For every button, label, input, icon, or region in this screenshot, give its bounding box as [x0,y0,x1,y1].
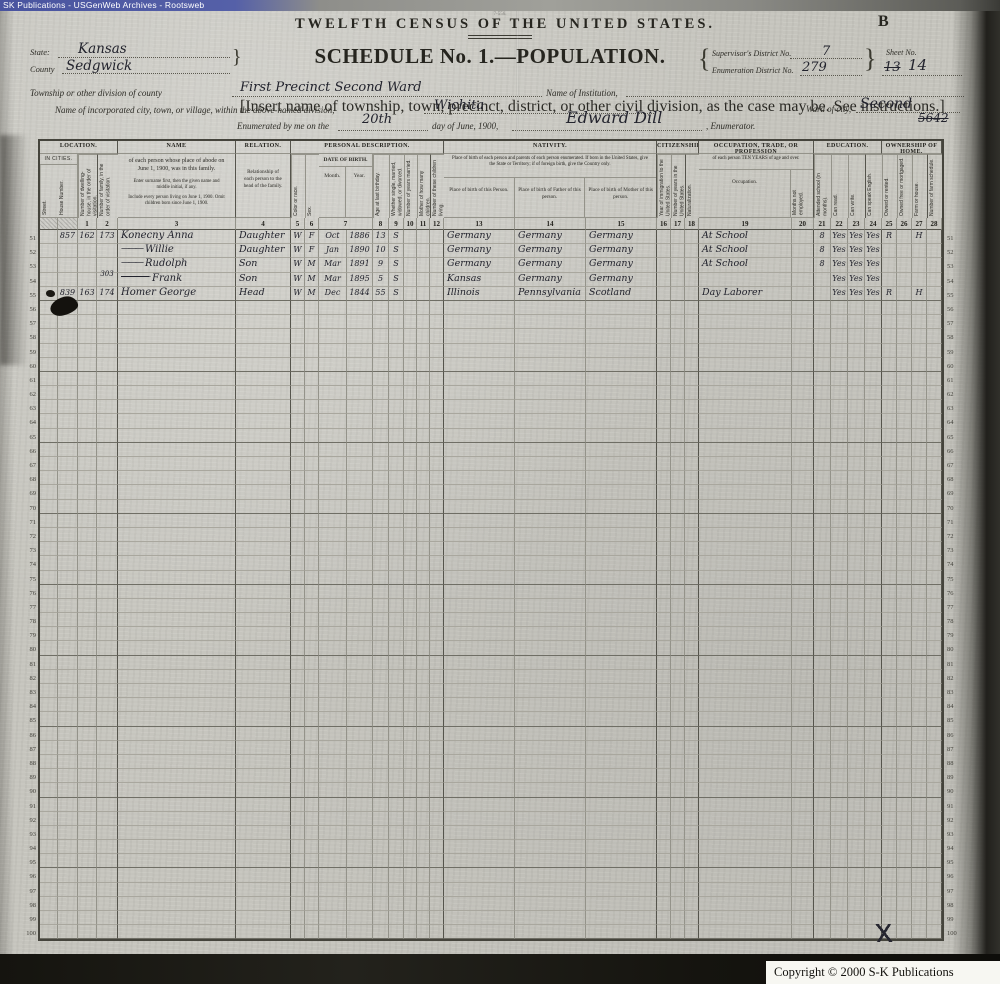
row-53-cell-color: W [291,258,305,272]
row-87-cell-yrs_married [404,741,417,755]
row-92-cell-farm_no [927,812,942,826]
row-99-cell-pob_father [515,911,586,925]
dob-title: DATE OF BIRTH. [319,154,372,167]
row-75-cell-family [97,571,118,585]
row-60-cell-pob_mother [586,358,657,372]
row-73-cell-english [865,542,882,556]
row-63-cell-age [373,400,389,414]
row-68-cell-pob_father [515,471,586,485]
row-90-cell-farm_no [927,783,942,797]
column-number-street [40,218,58,230]
row-58-cell-pob_mother [586,329,657,343]
row-82-cell-naturalization [685,670,699,684]
row-84-cell-english [865,698,882,712]
row-75-cell-mortgage [897,571,912,585]
row-58-cell-farm_house [912,329,927,343]
row-66-cell-english [865,443,882,457]
row-83-cell-mortgage [897,684,912,698]
row-98-cell-school [814,897,831,911]
row-93-cell-months_unemployed [792,826,814,840]
column-header-school: Attended school (in months). [814,154,831,218]
district-brace-open: { [698,44,710,74]
row-98-cell-read [831,897,848,911]
row-61-cell-yrs_us [671,372,685,386]
row-53-cell-dwelling [78,258,97,272]
row-88-cell-mother_children [417,755,430,769]
row-79-cell-street [40,627,58,641]
row-100-cell-mortgage [897,925,912,939]
row-70-cell-imm_year [657,500,671,514]
row-78-cell-mother_children [417,613,430,627]
enumerated-label: Enumerated by me on the [237,121,329,131]
row-57-cell-family [97,315,118,329]
row-53-cell-imm_year [657,258,671,272]
row-89-cell-owned [882,769,897,783]
row-68-cell-month [319,471,347,485]
row-97-cell-house [58,883,78,897]
row-95-cell-naturalization [685,854,699,868]
row-70-cell-pob_mother [586,500,657,514]
row-98-cell-name [118,897,236,911]
row-number-right: 80 [947,643,963,657]
row-69-cell-school [814,485,831,499]
row-86-cell-pob_mother [586,727,657,741]
row-93-cell-name [118,826,236,840]
row-85-cell-mother_children [417,712,430,726]
row-79-cell-pob_father [515,627,586,641]
row-78-cell-dwelling [78,613,97,627]
row-92-cell-farm_house [912,812,927,826]
row-81-cell-relation [236,656,291,670]
row-91-cell-house [58,798,78,812]
row-52-cell-year: 1890 [347,244,373,258]
row-86-cell-sex [305,727,319,741]
row-93-cell-owned [882,826,897,840]
row-94-cell-pob [444,840,515,854]
row-number-right: 82 [947,672,963,686]
row-83-cell-marital [389,684,404,698]
row-66-cell-year [347,443,373,457]
row-64-cell-age [373,414,389,428]
row-70-cell-children_living [430,500,444,514]
row-93-cell-sex [305,826,319,840]
row-100-cell-house [58,925,78,939]
row-74-cell-occupation [699,556,792,570]
row-99-cell-street [40,911,58,925]
row-92-cell-name [118,812,236,826]
row-100-cell-yrs_married [404,925,417,939]
row-97-cell-yrs_married [404,883,417,897]
row-86-cell-relation [236,727,291,741]
row-number-right: 99 [947,913,963,927]
row-96-cell-yrs_us [671,868,685,882]
row-77-cell-house [58,599,78,613]
row-60-cell-sex [305,358,319,372]
row-54-cell-mother_children [417,273,430,287]
row-82-cell-mother_children [417,670,430,684]
row-81-cell-pob_father [515,656,586,670]
row-number-left: 73 [20,544,36,558]
row-69-cell-imm_year [657,485,671,499]
row-80-cell-relation [236,641,291,655]
row-98-cell-yrs_us [671,897,685,911]
row-71-cell-farm_house [912,514,927,528]
row-number-right: 86 [947,729,963,743]
row-72-cell-house [58,528,78,542]
row-92-cell-occupation [699,812,792,826]
row-56-cell-children_living [430,301,444,315]
row-62-cell-owned [882,386,897,400]
row-85-cell-imm_year [657,712,671,726]
column-header-imm_year: Year of immigration to the United States… [657,154,671,218]
row-94-cell-year [347,840,373,854]
row-97-cell-color [291,883,305,897]
row-67-cell-owned [882,457,897,471]
row-58-cell-street [40,329,58,343]
row-93-cell-pob [444,826,515,840]
row-84-cell-sex [305,698,319,712]
row-87-cell-children_living [430,741,444,755]
column-number-age: 8 [373,218,389,230]
row-95-cell-age [373,854,389,868]
row-84-cell-relation [236,698,291,712]
row-number-left: 70 [20,502,36,516]
row-98-cell-imm_year [657,897,671,911]
row-73-cell-street [40,542,58,556]
row-61-cell-sex [305,372,319,386]
row-87-cell-owned [882,741,897,755]
row-59-cell-imm_year [657,344,671,358]
row-66-cell-occupation [699,443,792,457]
row-68-cell-write [848,471,865,485]
row-83-cell-dwelling [78,684,97,698]
row-57-cell-occupation [699,315,792,329]
row-number-left: 74 [20,558,36,572]
right-row-numbers: 5152535455565758596061626364656667686970… [947,232,963,941]
row-number-left: 85 [20,714,36,728]
row-91-cell-imm_year [657,798,671,812]
row-94-cell-mother_children [417,840,430,854]
row-56-cell-relation [236,301,291,315]
row-96-cell-read [831,868,848,882]
row-76-cell-pob [444,585,515,599]
row-62-cell-sex [305,386,319,400]
row-62-cell-farm_no [927,386,942,400]
row-58-cell-imm_year [657,329,671,343]
row-55-cell-month: Dec [319,287,347,301]
row-77-cell-write [848,599,865,613]
row-75-cell-farm_house [912,571,927,585]
row-58-cell-months_unemployed [792,329,814,343]
row-56-cell-months_unemployed [792,301,814,315]
row-71-cell-year [347,514,373,528]
row-77-cell-pob [444,599,515,613]
row-89-cell-dwelling [78,769,97,783]
row-57-cell-naturalization [685,315,699,329]
row-78-cell-family [97,613,118,627]
row-63-cell-name [118,400,236,414]
row-54-cell-month: Mar [319,273,347,287]
row-84-cell-naturalization [685,698,699,712]
row-number-left: 96 [20,870,36,884]
row-55-cell-yrs_married [404,287,417,301]
row-66-cell-farm_house [912,443,927,457]
row-78-cell-month [319,613,347,627]
row-65-cell-write [848,429,865,443]
name-column-header: of each person whose place of abode on J… [118,154,236,218]
row-65-cell-age [373,429,389,443]
row-78-cell-sex [305,613,319,627]
column-header-naturalization: Naturalization. [685,154,699,218]
row-79-cell-school [814,627,831,641]
row-80-cell-farm_house [912,641,927,655]
row-51-cell-occupation: At School [699,230,792,244]
row-59-cell-sex [305,344,319,358]
ditto-mark: ——— [121,244,142,254]
row-57-cell-farm_no [927,315,942,329]
row-99-cell-sex [305,911,319,925]
row-70-cell-color [291,500,305,514]
row-90-cell-owned [882,783,897,797]
row-51-cell-pob_father: Germany [515,230,586,244]
row-56-cell-sex [305,301,319,315]
row-85-cell-read [831,712,848,726]
supervisor-value: 7 [822,44,830,59]
row-58-cell-pob_father [515,329,586,343]
row-79-cell-english [865,627,882,641]
row-92-cell-children_living [430,812,444,826]
row-number-left: 82 [20,672,36,686]
enumeration-value: 279 [802,60,827,75]
column-header-color: Color or race. [291,154,305,218]
row-52-cell-imm_year [657,244,671,258]
row-51-cell-yrs_married [404,230,417,244]
row-74-cell-children_living [430,556,444,570]
row-74-cell-owned [882,556,897,570]
row-51-cell-pob_mother: Germany [586,230,657,244]
row-86-cell-mother_children [417,727,430,741]
row-92-cell-read [831,812,848,826]
row-85-cell-age [373,712,389,726]
row-97-cell-pob_father [515,883,586,897]
row-76-cell-mother_children [417,585,430,599]
row-72-cell-english [865,528,882,542]
row-63-cell-farm_no [927,400,942,414]
row-54-cell-children_living [430,273,444,287]
row-100-cell-pob [444,925,515,939]
row-55-cell-sex: M [305,287,319,301]
row-55-cell-school [814,287,831,301]
row-92-cell-school [814,812,831,826]
row-53-cell-farm_no [927,258,942,272]
row-60-cell-pob_father [515,358,586,372]
row-79-cell-name [118,627,236,641]
row-95-cell-owned [882,854,897,868]
row-97-cell-imm_year [657,883,671,897]
row-number-left: 51 [20,232,36,246]
row-68-cell-children_living [430,471,444,485]
name-note-1: Enter surname first, then the given name… [118,176,235,191]
row-65-cell-year [347,429,373,443]
row-78-cell-write [848,613,865,627]
row-54-cell-sex: M [305,273,319,287]
sheet-old-value: 13 [884,60,901,75]
row-69-cell-name [118,485,236,499]
row-90-cell-year [347,783,373,797]
row-78-cell-house [58,613,78,627]
row-92-cell-mortgage [897,812,912,826]
row-68-cell-owned [882,471,897,485]
row-93-cell-pob_father [515,826,586,840]
row-51-cell-relation: Daughter [236,230,291,244]
row-69-cell-occupation [699,485,792,499]
row-54-cell-farm_house [912,273,927,287]
row-59-cell-write [848,344,865,358]
township-value: First Precinct Second Ward [240,80,422,95]
row-97-cell-farm_house [912,883,927,897]
row-68-cell-pob [444,471,515,485]
row-72-cell-imm_year [657,528,671,542]
row-94-cell-children_living [430,840,444,854]
row-97-cell-name [118,883,236,897]
row-86-cell-occupation [699,727,792,741]
row-number-left: 92 [20,814,36,828]
row-52-cell-pob: Germany [444,244,515,258]
scanned-census-page: { "browser": { "title": "SK Publications… [0,0,1000,984]
row-77-cell-naturalization [685,599,699,613]
row-64-cell-mortgage [897,414,912,428]
row-66-cell-months_unemployed [792,443,814,457]
row-63-cell-yrs_us [671,400,685,414]
row-80-cell-write [848,641,865,655]
row-59-cell-street [40,344,58,358]
row-100-cell-sex [305,925,319,939]
row-67-cell-farm_no [927,457,942,471]
row-84-cell-name [118,698,236,712]
row-62-cell-dwelling [78,386,97,400]
row-100-cell-occupation [699,925,792,939]
row-91-cell-owned [882,798,897,812]
row-90-cell-marital [389,783,404,797]
row-69-cell-english [865,485,882,499]
column-number-house [58,218,78,230]
row-71-cell-children_living [430,514,444,528]
row-96-cell-imm_year [657,868,671,882]
row-69-cell-marital [389,485,404,499]
row-85-cell-dwelling [78,712,97,726]
row-64-cell-yrs_married [404,414,417,428]
row-62-cell-family [97,386,118,400]
row-86-cell-age [373,727,389,741]
row-63-cell-sex [305,400,319,414]
row-73-cell-months_unemployed [792,542,814,556]
row-70-cell-mother_children [417,500,430,514]
row-100-cell-age [373,925,389,939]
row-98-cell-months_unemployed [792,897,814,911]
row-78-cell-year [347,613,373,627]
row-83-cell-family [97,684,118,698]
column-number-imm_year: 16 [657,218,671,230]
row-71-cell-yrs_us [671,514,685,528]
row-78-cell-yrs_married [404,613,417,627]
column-number-farm_no: 28 [927,218,942,230]
row-67-cell-dwelling [78,457,97,471]
row-63-cell-pob_father [515,400,586,414]
row-75-cell-house [58,571,78,585]
column-header-english: Can speak English. [865,154,882,218]
row-90-cell-naturalization [685,783,699,797]
row-98-cell-month [319,897,347,911]
copyright-text: Copyright © 2000 S-K Publications [774,965,954,980]
column-number-naturalization: 18 [685,218,699,230]
row-61-cell-relation [236,372,291,386]
row-73-cell-name [118,542,236,556]
ditto-mark: ——— [121,258,142,268]
row-65-cell-dwelling [78,429,97,443]
copyright-notice: Copyright © 2000 S-K Publications [766,961,1000,984]
row-88-cell-relation [236,755,291,769]
row-72-cell-year [347,528,373,542]
row-82-cell-pob [444,670,515,684]
row-79-cell-occupation [699,627,792,641]
row-51-cell-name: Konecny Anna [118,230,236,244]
row-70-cell-pob [444,500,515,514]
row-96-cell-months_unemployed [792,868,814,882]
row-77-cell-mother_children [417,599,430,613]
row-74-cell-pob_father [515,556,586,570]
row-99-cell-months_unemployed [792,911,814,925]
row-number-right: 54 [947,275,963,289]
row-77-cell-color [291,599,305,613]
row-57-cell-months_unemployed [792,315,814,329]
row-86-cell-mortgage [897,727,912,741]
row-97-cell-age [373,883,389,897]
row-60-cell-yrs_married [404,358,417,372]
row-66-cell-children_living [430,443,444,457]
row-58-cell-marital [389,329,404,343]
row-number-right: 69 [947,487,963,501]
row-85-cell-color [291,712,305,726]
row-54-cell-school [814,273,831,287]
row-80-cell-naturalization [685,641,699,655]
column-number-farm_house: 27 [912,218,927,230]
row-57-cell-dwelling [78,315,97,329]
row-92-cell-months_unemployed [792,812,814,826]
row-92-cell-relation [236,812,291,826]
row-75-cell-months_unemployed [792,571,814,585]
row-83-cell-street [40,684,58,698]
row-52-cell-read: Yes [831,244,848,258]
row-59-cell-read [831,344,848,358]
row-52-cell-mother_children [417,244,430,258]
row-number-right: 61 [947,374,963,388]
row-70-cell-months_unemployed [792,500,814,514]
row-64-cell-occupation [699,414,792,428]
row-75-cell-color [291,571,305,585]
row-64-cell-imm_year [657,414,671,428]
row-59-cell-marital [389,344,404,358]
row-63-cell-yrs_married [404,400,417,414]
row-79-cell-age [373,627,389,641]
row-51-cell-mother_children [417,230,430,244]
row-100-cell-color [291,925,305,939]
row-number-right: 94 [947,842,963,856]
row-93-cell-mortgage [897,826,912,840]
row-66-cell-house [58,443,78,457]
row-62-cell-naturalization [685,386,699,400]
row-60-cell-school [814,358,831,372]
row-82-cell-pob_mother [586,670,657,684]
